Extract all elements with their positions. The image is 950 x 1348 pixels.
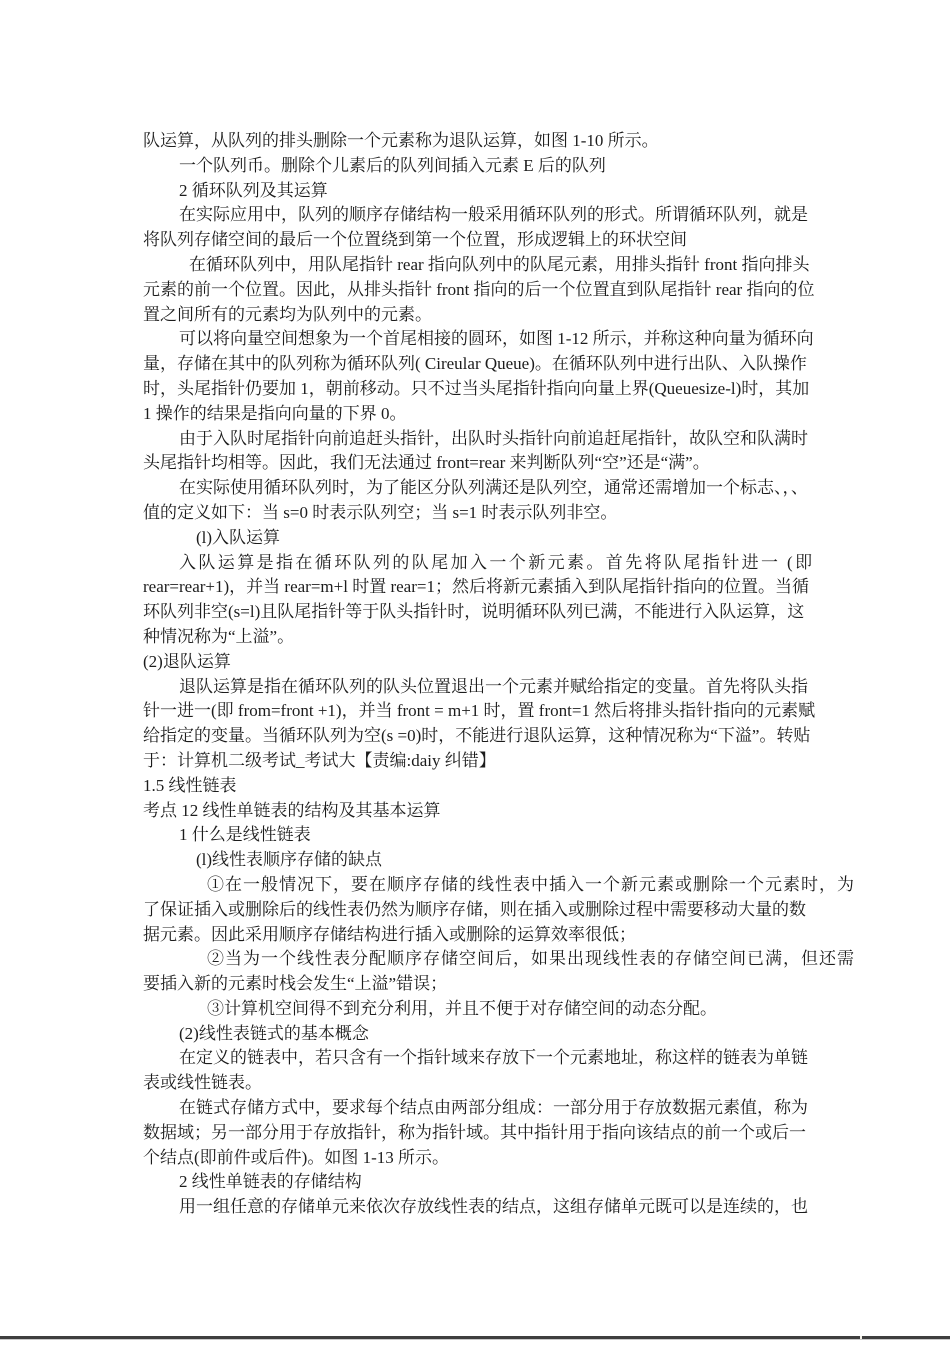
text-line: 入队运算是指在循环队列的队尾加入一个新元素。首先将队尾指针进一 (即 bbox=[143, 551, 843, 576]
text-line: 给指定的变量。当循环队列为空(s =0)时，不能进行退队运算，这种情况称为“下溢… bbox=[143, 724, 843, 749]
text-line: 时，头尾指针仍要加 1，朝前移动。只不过当头尾指针指向向量上界(Queuesiz… bbox=[143, 377, 843, 402]
text-line: ①在一般情况下，要在顺序存储的线性表中插入一个新元素或删除一个元素时，为 bbox=[143, 873, 843, 898]
text-line: 在循环队列中，用队尾指针 rear 指向队列中的队尾元素，用排头指针 front… bbox=[143, 253, 843, 278]
text-line: 针一进一(即 from=front +1)，并当 front = m+1 时，置… bbox=[143, 699, 843, 724]
text-line: 一个队列币。删除个儿素后的队列间插入元素 E 后的队列 bbox=[143, 154, 843, 179]
text-line: 退队运算是指在循环队列的队头位置退出一个元素并赋给指定的变量。首先将队头指 bbox=[143, 675, 843, 700]
text-line: 在定义的链表中，若只含有一个指针域来存放下一个元素地址，称这样的链表为单链 bbox=[143, 1046, 843, 1071]
text-line: 考点 12 线性单链表的结构及其基本运算 bbox=[143, 799, 843, 824]
text-line: 可以将向量空间想象为一个首尾相接的圆环，如图 1-12 所示，并称这种向量为循环… bbox=[143, 327, 843, 352]
text-body: 队运算，从队列的排头删除一个元素称为退队运算，如图 1-10 所示。一个队列币。… bbox=[143, 129, 843, 1220]
page-bottom-border-gap bbox=[860, 1336, 862, 1339]
text-line: 数据域；另一部分用于存放指针，称为指针域。其中指针用于指向该结点的前一个或后一 bbox=[143, 1121, 843, 1146]
text-line: 要插入新的元素时栈会发生“上溢”错误； bbox=[143, 972, 843, 997]
text-line: 于：计算机二级考试_考试大【责编:daiy 纠错】 bbox=[143, 749, 843, 774]
text-line: 1.5 线性链表 bbox=[143, 774, 843, 799]
text-line: ③计算机空间得不到充分利用，并且不便于对存储空间的动态分配。 bbox=[143, 997, 843, 1022]
text-line: (l)线性表顺序存储的缺点 bbox=[143, 848, 843, 873]
text-line: 1 操作的结果是指向向量的下界 0。 bbox=[143, 402, 843, 427]
text-line: rear=rear+1)，并当 rear=m+l 时置 rear=1；然后将新元… bbox=[143, 575, 843, 600]
text-line: 值的定义如下：当 s=0 时表示队列空；当 s=1 时表示队列非空。 bbox=[143, 501, 843, 526]
text-line: (2)线性表链式的基本概念 bbox=[143, 1022, 843, 1047]
document-page: 队运算，从队列的排头删除一个元素称为退队运算，如图 1-10 所示。一个队列币。… bbox=[0, 0, 950, 1348]
text-line: 了保证插入或删除后的线性表仍然为顺序存储，则在插入或删除过程中需要移动大量的数 bbox=[143, 898, 843, 923]
text-line: 队运算，从队列的排头删除一个元素称为退队运算，如图 1-10 所示。 bbox=[143, 129, 843, 154]
page-bottom-border-shadow bbox=[0, 1339, 950, 1340]
text-line: 环队列非空(s=l)且队尾指针等于队头指针时，说明循环队列已满，不能进行入队运算… bbox=[143, 600, 843, 625]
text-line: 个结点(即前件或后件)。如图 1-13 所示。 bbox=[143, 1146, 843, 1171]
text-line: 由于入队时尾指针向前追赶头指针，出队时头指针向前追赶尾指针，故队空和队满时 bbox=[143, 427, 843, 452]
text-line: (2)退队运算 bbox=[143, 650, 843, 675]
text-line: 据元素。因此采用顺序存储结构进行插入或删除的运算效率很低； bbox=[143, 923, 843, 948]
text-line: 种情况称为“上溢”。 bbox=[143, 625, 843, 650]
text-line: 将队列存储空间的最后一个位置绕到第一个位置，形成逻辑上的环状空间 bbox=[143, 228, 843, 253]
text-line: 1 什么是线性链表 bbox=[143, 823, 843, 848]
text-line: 在实际使用循环队列时，为了能区分队列满还是队列空，通常还需增加一个标志、，、 bbox=[143, 476, 843, 501]
text-line: 表或线性链表。 bbox=[143, 1071, 843, 1096]
page-bottom-border bbox=[0, 1336, 950, 1339]
text-line: 在实际应用中，队列的顺序存储结构一般采用循环队列的形式。所谓循环队列，就是 bbox=[143, 203, 843, 228]
text-line: 置之间所有的元素均为队列中的元素。 bbox=[143, 303, 843, 328]
text-line: 头尾指针均相等。因此，我们无法通过 front=rear 来判断队列“空”还是“… bbox=[143, 451, 843, 476]
text-line: (l)入队运算 bbox=[143, 526, 843, 551]
text-line: 用一组任意的存储单元来依次存放线性表的结点，这组存储单元既可以是连续的，也 bbox=[143, 1195, 843, 1220]
text-line: 元素的前一个位置。因此，从排头指针 front 指向的后一个位置直到队尾指针 r… bbox=[143, 278, 843, 303]
text-line: 2 线性单链表的存储结构 bbox=[143, 1170, 843, 1195]
text-line: 2 循环队列及其运算 bbox=[143, 179, 843, 204]
text-line: 在链式存储方式中，要求每个结点由两部分组成：一部分用于存放数据元素值，称为 bbox=[143, 1096, 843, 1121]
text-line: ②当为一个线性表分配顺序存储空间后，如果出现线性表的存储空间已满，但还需 bbox=[143, 947, 843, 972]
text-line: 量，存储在其中的队列称为循环队列( Cireular Queue)。在循环队列中… bbox=[143, 352, 843, 377]
